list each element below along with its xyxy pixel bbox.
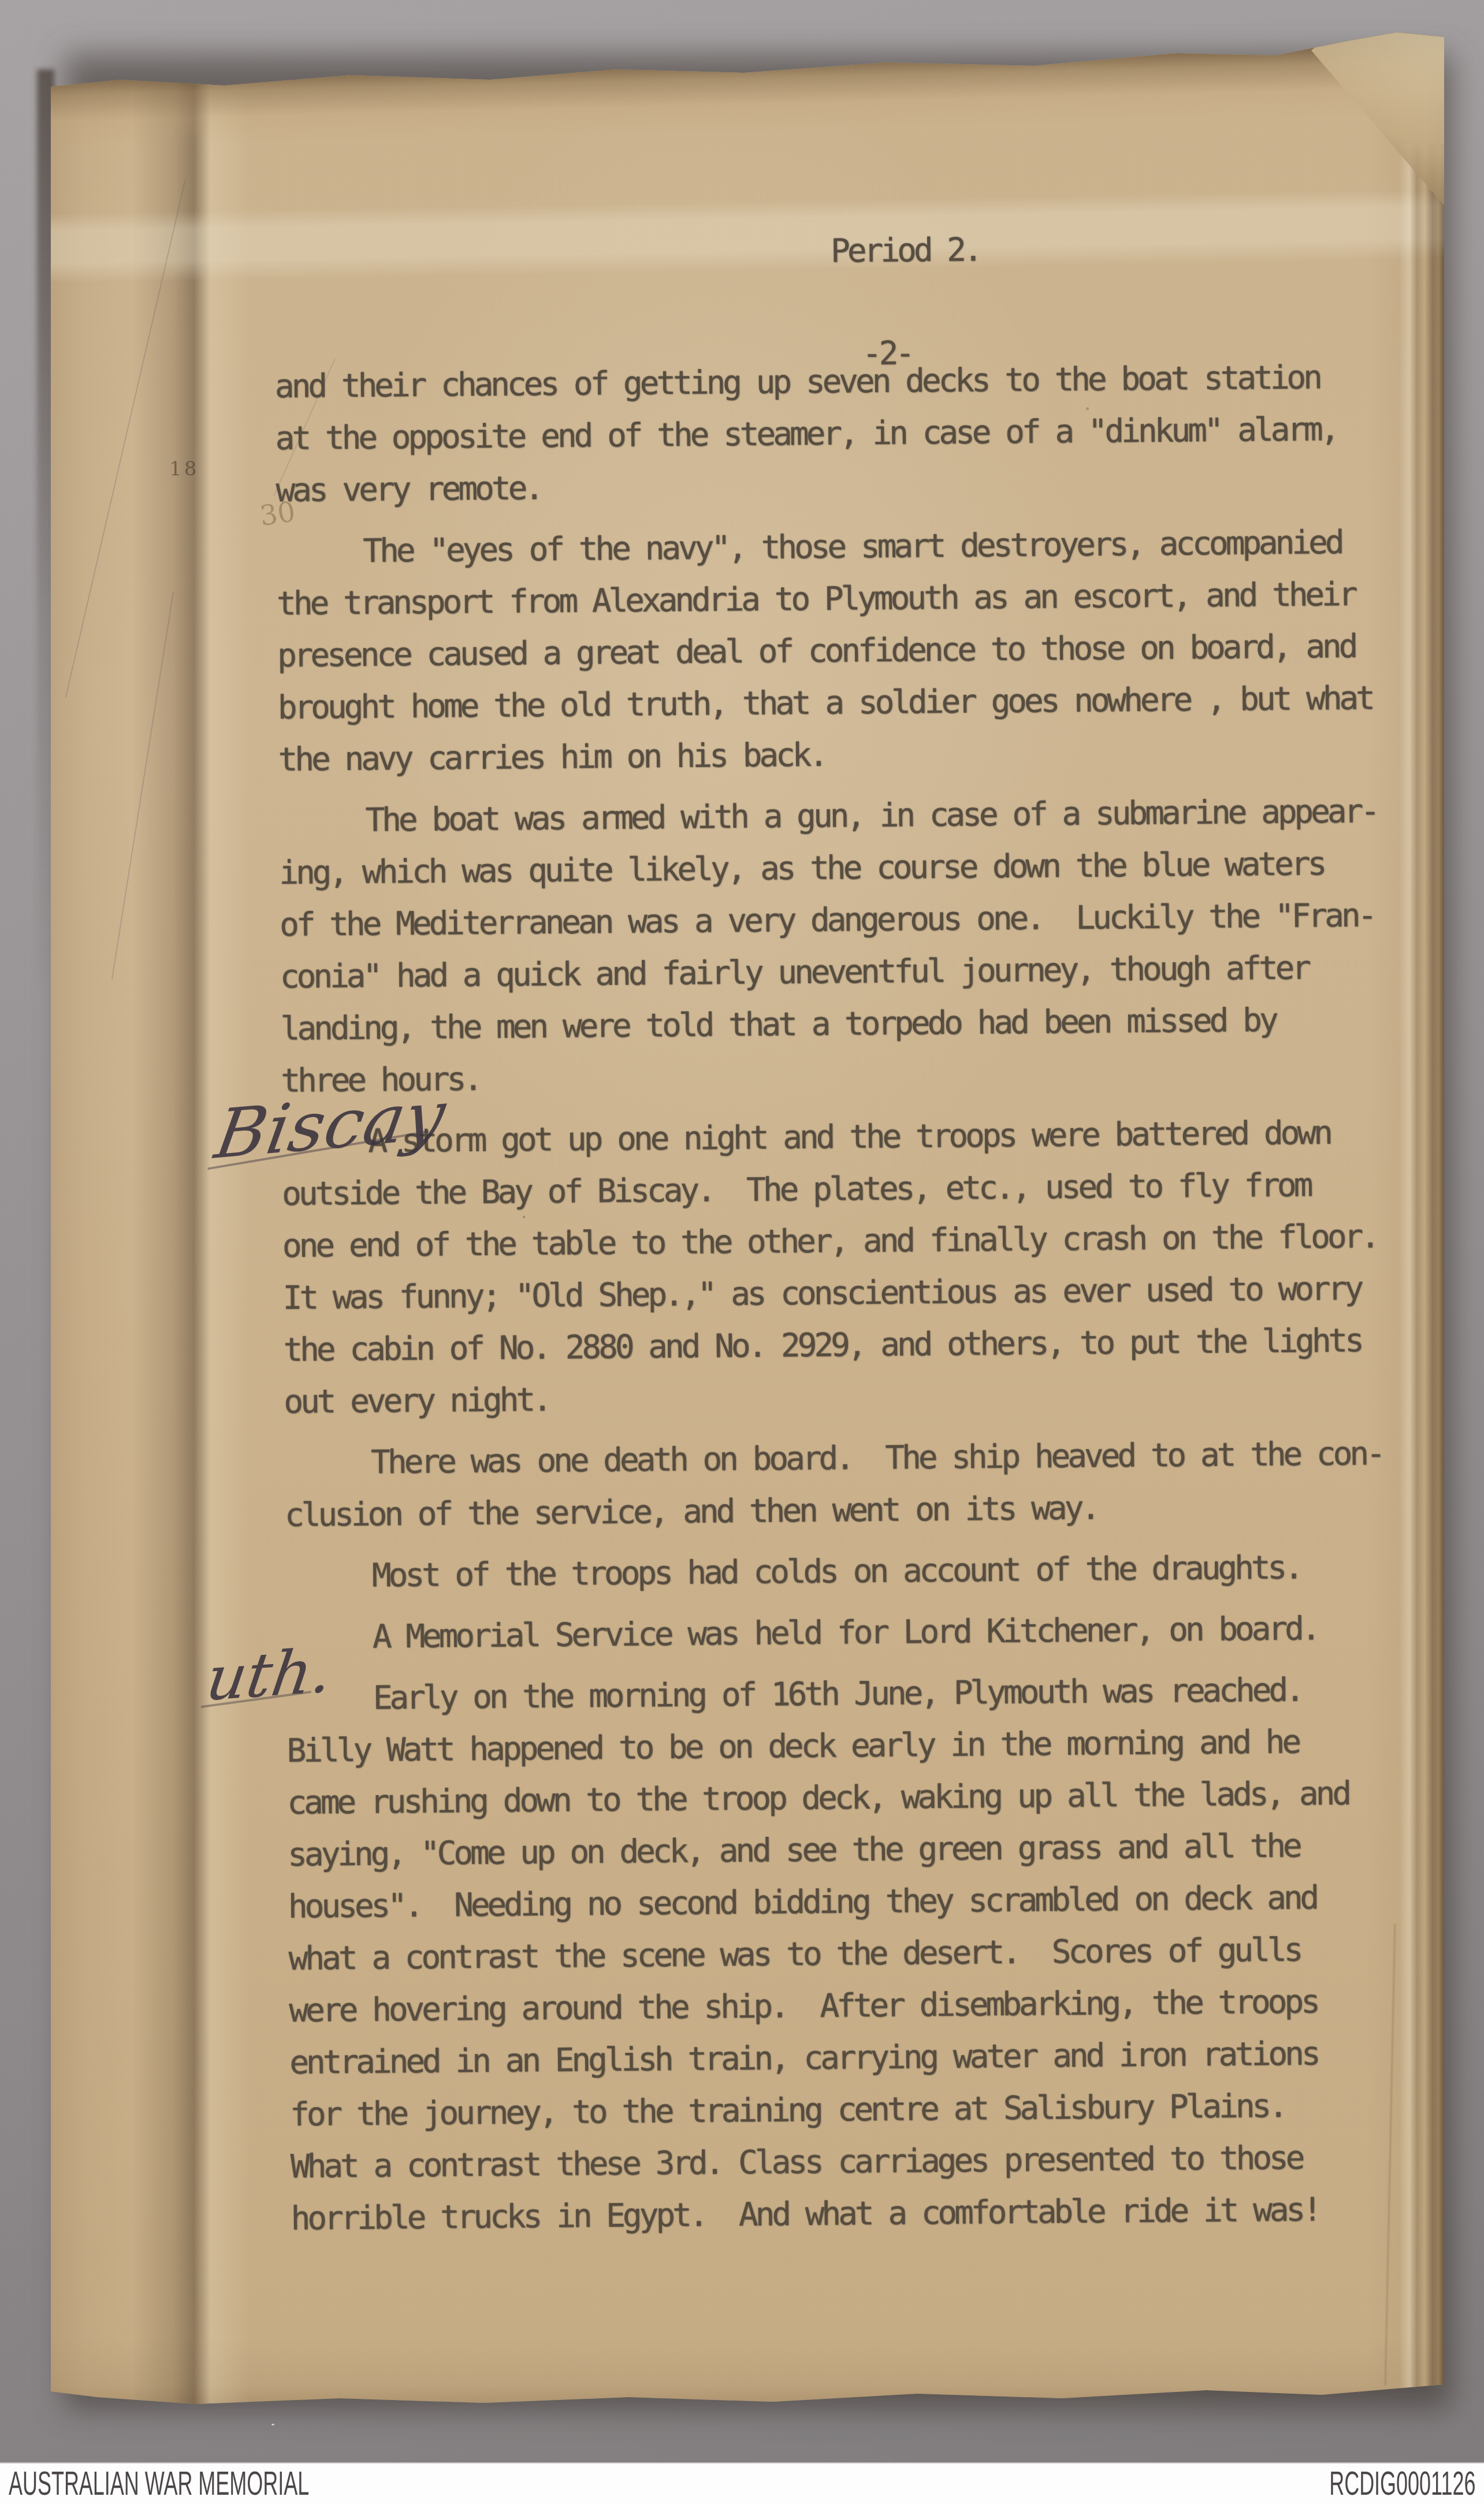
dust-speck (1086, 407, 1089, 410)
page-heading-text: Period 2. (831, 230, 980, 271)
paragraph: A Memorial Service was held for Lord Kit… (285, 1602, 1476, 1664)
paragraph: Most of the troops had colds on account … (285, 1541, 1476, 1603)
margin-mark: 30 (258, 496, 297, 533)
typed-line: entrained in an English train, carrying … (289, 2027, 1480, 2089)
paragraph: Early on the morning of 16th June, Plymo… (286, 1663, 1481, 2245)
typed-line: the navy carries him on his back. (278, 724, 1468, 786)
page-number: -2- (274, 288, 1465, 339)
handwritten-annotation-partial: uth. (202, 1635, 337, 1715)
typed-line: conia" had a quick and fairly uneventful… (280, 941, 1470, 1003)
paragraph: The "eyes of the navy", those smart dest… (276, 516, 1468, 786)
typed-line: Most of the troops had colds on account … (285, 1541, 1476, 1603)
paragraphs-container: and their chances of getting up seven de… (275, 351, 1481, 2245)
footer-bar: AUSTRALIAN WAR MEMORIAL RCDIG0001126 (0, 2462, 1484, 2504)
typed-line: A Memorial Service was held for Lord Kit… (285, 1602, 1476, 1664)
typed-line: the cabin of No. 2880 and No. 2929, and … (283, 1314, 1474, 1376)
typed-line: horrible trucks in Egypt. And what a com… (291, 2183, 1481, 2245)
dust-speck (271, 2424, 274, 2425)
archive-name-label: AUSTRALIAN WAR MEMORIAL (9, 2467, 309, 2501)
page-heading: Period 2. (273, 185, 1464, 236)
page-corner-fold (1311, 21, 1444, 206)
paragraph: and their chances of getting up seven de… (275, 351, 1466, 517)
typed-line: out every night. (284, 1366, 1474, 1428)
typed-line: brought home the old truth, that a soldi… (277, 672, 1468, 734)
crease-mark (65, 180, 186, 698)
typewritten-text-block: Period 2. -2- and their chances of getti… (273, 185, 1481, 2245)
dust-speck (523, 1216, 525, 1218)
crease-mark (111, 591, 174, 980)
typed-line: There was one death on board. The ship h… (284, 1427, 1475, 1490)
paragraph: There was one death on board. The ship h… (284, 1427, 1475, 1542)
margin-mark: 18 (169, 457, 199, 481)
typed-line: at the opposite end of the steamer, in c… (275, 403, 1466, 465)
paragraph: The boat was armed with a gun, in case o… (278, 785, 1471, 1107)
typed-line: was very remote. (276, 455, 1466, 517)
typed-line: clusion of the service, and then went on… (285, 1479, 1475, 1542)
typed-line: three hours. (281, 1045, 1471, 1107)
scanned-page: Period 2. -2- and their chances of getti… (51, 0, 1444, 2412)
record-id-label: RCDIG0001126 (1329, 2467, 1475, 2501)
paragraph: A storm got up one night and the troops … (281, 1106, 1474, 1428)
